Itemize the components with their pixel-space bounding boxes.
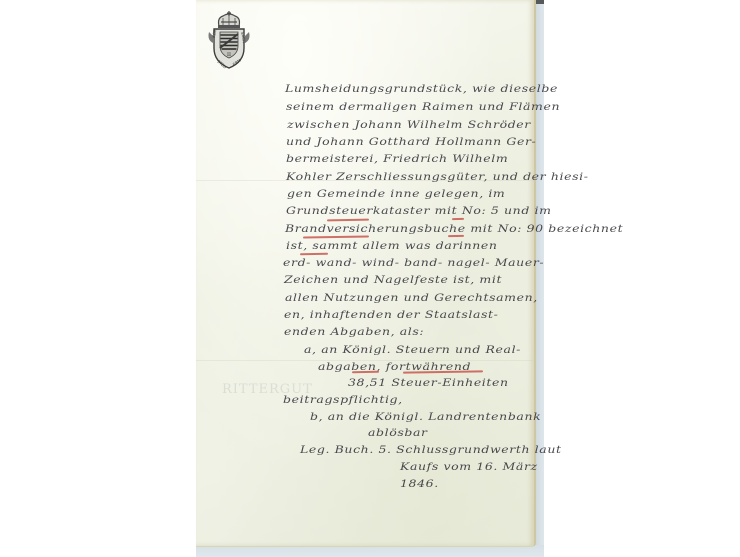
handwritten-line-22: Leg. Buch. 5. Schlussgrundwerth laut [300,444,562,456]
handwritten-line-14: en, inhaftenden der Staatslast- [284,309,498,321]
handwritten-line-5: bermeisterei, Friedrich Wilhelm [286,153,508,165]
handwritten-line-15: enden Abgaben, als: [284,326,424,338]
svg-text:II: II [227,52,231,58]
handwritten-line-9: Brandversicherungsbuche mit No: 90 bezei… [285,223,623,235]
coat-of-arms-seal-icon: KGR SACH STEU ERM II [205,10,253,72]
handwritten-line-16: a, an Königl. Steuern und Real- [304,344,521,356]
handwritten-line-12: Zeichen und Nagelfeste ist, mit [284,274,502,286]
handwritten-line-7: gen Gemeinde inne gelegen, im [287,188,505,200]
red-underline-no-90 [448,235,464,237]
handwritten-line-3: zwischen Johann Wilhelm Schröder [287,119,531,131]
red-underline-no-5 [452,218,464,220]
handwritten-line-21: ablösbar [368,427,428,439]
handwritten-line-11: erd- wand- wind- band- nagel- Mauer- [283,257,544,269]
handwritten-line-23-date: Kaufs vom 16. März [400,461,538,473]
handwritten-line-6: Kohler Zerschliessungsgüter, und der hie… [286,171,589,183]
handwritten-line-24-year: 1846. [400,478,439,490]
handwritten-line-20: b, an die Königl. Landrentenbank [310,411,541,423]
handwritten-line-1: Lumsheidungsgrundstück, wie dieselbe [285,83,558,95]
handwritten-line-8: Grundsteuerkataster mit No: 5 und im [286,205,552,217]
handwritten-line-4: und Johann Gotthard Hollmann Ger- [286,136,536,148]
handwritten-line-18-tax-units: 38,51 Steuer-Einheiten [348,377,509,389]
handwritten-line-10: ist, sammt allem was darinnen [286,240,498,252]
handwritten-line-2: seinem dermaligen Raimen und Flämen [286,101,560,113]
handwritten-line-19: beitragspflichtig, [283,394,403,406]
handwritten-line-13: allen Nutzungen und Gerechtsamen, [285,292,538,304]
